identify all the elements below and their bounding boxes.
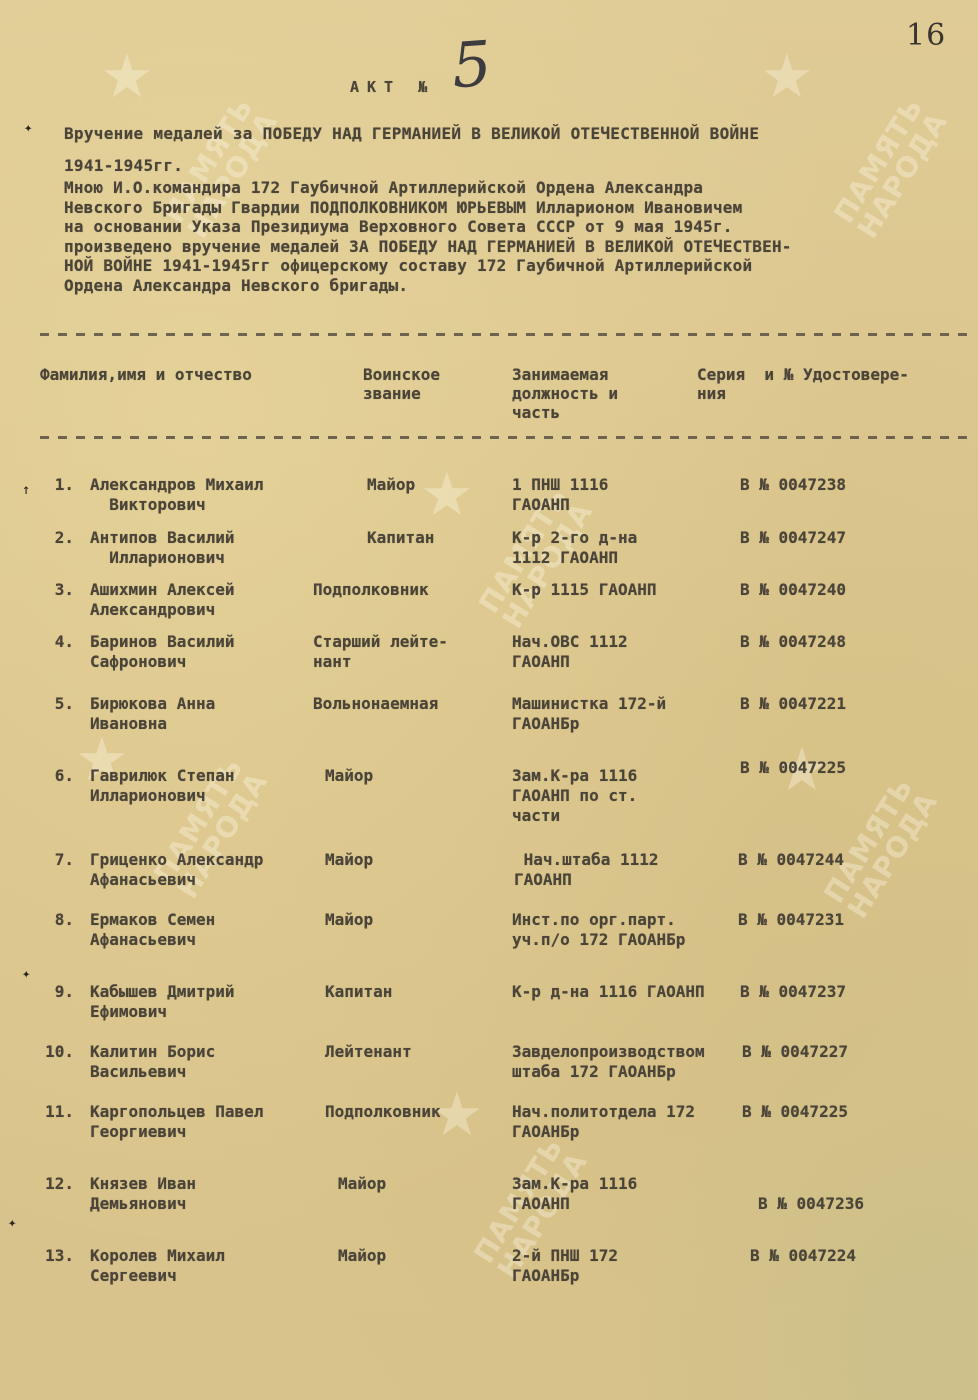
full-name: Баринов Василий Сафронович (90, 632, 235, 672)
full-name: Антипов Василий Илларионович (90, 528, 235, 568)
intro-line: произведено вручение медалей ЗА ПОБЕДУ Н… (64, 237, 954, 257)
full-name: Кабышев Дмитрий Ефимович (90, 982, 235, 1022)
row-number: 4. (34, 632, 74, 652)
military-rank: Майор (338, 1246, 386, 1266)
intro-paragraph: Мною И.О.командира 172 Гаубичной Артилле… (64, 178, 954, 295)
certificate-number: В № 0047231 (738, 910, 844, 930)
military-rank: Капитан (367, 528, 434, 548)
header-position: Занимаемая должность и часть (512, 365, 618, 422)
position-unit: Нач.штаба 1112 ГАОАНП (514, 850, 659, 890)
position-unit: 2-й ПНШ 172 ГАОАНБр (512, 1246, 618, 1286)
position-unit: Нач.политотдела 172 ГАОАНБр (512, 1102, 695, 1142)
military-rank: Старший лейте- нант (313, 632, 448, 672)
divider-header (40, 436, 975, 439)
position-unit: К-р 2-го д-на 1112 ГАОАНП (512, 528, 637, 568)
handwritten-act-number: 5 (450, 27, 494, 103)
page-number: 16 (906, 18, 946, 53)
row-number: 2. (34, 528, 74, 548)
certificate-number: В № 0047225 (740, 758, 846, 778)
row-number: 12. (34, 1174, 74, 1194)
row-number: 1. (34, 475, 74, 495)
certificate-number: В № 0047247 (740, 528, 846, 548)
certificate-number: В № 0047238 (740, 475, 846, 495)
row-number: 9. (34, 982, 74, 1002)
watermark-star-icon: ★ (420, 460, 474, 530)
position-unit: К-р 1115 ГАОАНП (512, 580, 657, 600)
position-unit: Завделопроизводством штаба 172 ГАОАНБр (512, 1042, 705, 1082)
position-unit: Машинистка 172-й ГАОАНБр (512, 694, 666, 734)
margin-mark: ✦ (8, 1215, 16, 1231)
certificate-number: В № 0047224 (750, 1246, 856, 1266)
full-name: Калитин Борис Васильевич (90, 1042, 215, 1082)
row-number: 5. (34, 694, 74, 714)
document-subject: Вручение медалей за ПОБЕДУ НАД ГЕРМАНИЕЙ… (64, 118, 759, 182)
row-number: 7. (34, 850, 74, 870)
military-rank: Вольнонаемная (313, 694, 438, 714)
intro-line: на основании Указа Президиума Верховного… (64, 217, 954, 237)
watermark-text: ПАМЯТЬНАРОДА (820, 773, 943, 923)
military-rank: Капитан (325, 982, 392, 1002)
intro-line: Невского Бригады Гвардии ПОДПОЛКОВНИКОМ … (64, 198, 954, 218)
position-unit: Зам.К-ра 1116 ГАОАНП по ст. части (512, 766, 637, 826)
intro-line: Ордена Александра Невского бригады. (64, 276, 954, 296)
certificate-number: В № 0047225 (742, 1102, 848, 1122)
certificate-number: В № 0047240 (740, 580, 846, 600)
row-number: 11. (34, 1102, 74, 1122)
header-certificate: Серия и № Удостовере- ния (697, 365, 909, 403)
margin-mark: ✦ (22, 966, 30, 982)
full-name: Ермаков Семен Афанасьевич (90, 910, 215, 950)
certificate-number: В № 0047221 (740, 694, 846, 714)
military-rank: Подполковник (325, 1102, 441, 1122)
margin-mark: ↑ (22, 482, 30, 498)
position-unit: 1 ПНШ 1116 ГАОАНП (512, 475, 608, 515)
certificate-number: В № 0047248 (740, 632, 846, 652)
certificate-number: В № 0047227 (742, 1042, 848, 1062)
divider-top (40, 333, 975, 336)
watermark-star-icon: ★ (100, 42, 154, 112)
military-rank: Майор (325, 850, 373, 870)
header-rank: Воинское звание (363, 365, 440, 403)
certificate-number: В № 0047244 (738, 850, 844, 870)
military-rank: Майор (367, 475, 415, 495)
military-rank: Майор (325, 910, 373, 930)
intro-line: НОЙ ВОЙНЕ 1941-1945гг офицерскому состав… (64, 256, 954, 276)
watermark-star-icon: ★ (760, 42, 814, 112)
military-rank: Лейтенант (325, 1042, 412, 1062)
certificate-number: В № 0047237 (740, 982, 846, 1002)
full-name: Ашихмин Алексей Александрович (90, 580, 235, 620)
full-name: Королев Михаил Сергеевич (90, 1246, 225, 1286)
row-number: 10. (34, 1042, 74, 1062)
position-unit: Инст.по орг.парт. уч.п/о 172 ГАОАНБр (512, 910, 685, 950)
position-unit: Нач.ОВС 1112 ГАОАНП (512, 632, 628, 672)
full-name: Князев Иван Демьянович (90, 1174, 196, 1214)
position-unit: Зам.К-ра 1116 ГАОАНП (512, 1174, 637, 1214)
full-name: Гаврилюк Степан Илларионович (90, 766, 235, 806)
full-name: Бирюкова Анна Ивановна (90, 694, 215, 734)
military-rank: Майор (338, 1174, 386, 1194)
subject-line: Вручение медалей за ПОБЕДУ НАД ГЕРМАНИЕЙ… (64, 118, 759, 150)
margin-mark: ✦ (24, 120, 32, 136)
full-name: Каргопольцев Павел Георгиевич (90, 1102, 263, 1142)
position-unit: К-р д-на 1116 ГАОАНП (512, 982, 705, 1002)
full-name: Александров Михаил Викторович (90, 475, 263, 515)
full-name: Гриценко Александр Афанасьевич (90, 850, 263, 890)
military-rank: Подполковник (313, 580, 429, 600)
row-number: 6. (34, 766, 74, 786)
row-number: 3. (34, 580, 74, 600)
intro-line: Мною И.О.командира 172 Гаубичной Артилле… (64, 178, 954, 198)
header-name: Фамилия,имя и отчество (40, 365, 252, 384)
row-number: 8. (34, 910, 74, 930)
military-rank: Майор (325, 766, 373, 786)
certificate-number: В № 0047236 (758, 1194, 864, 1214)
document-title: АКТ № (350, 78, 435, 96)
row-number: 13. (34, 1246, 74, 1266)
